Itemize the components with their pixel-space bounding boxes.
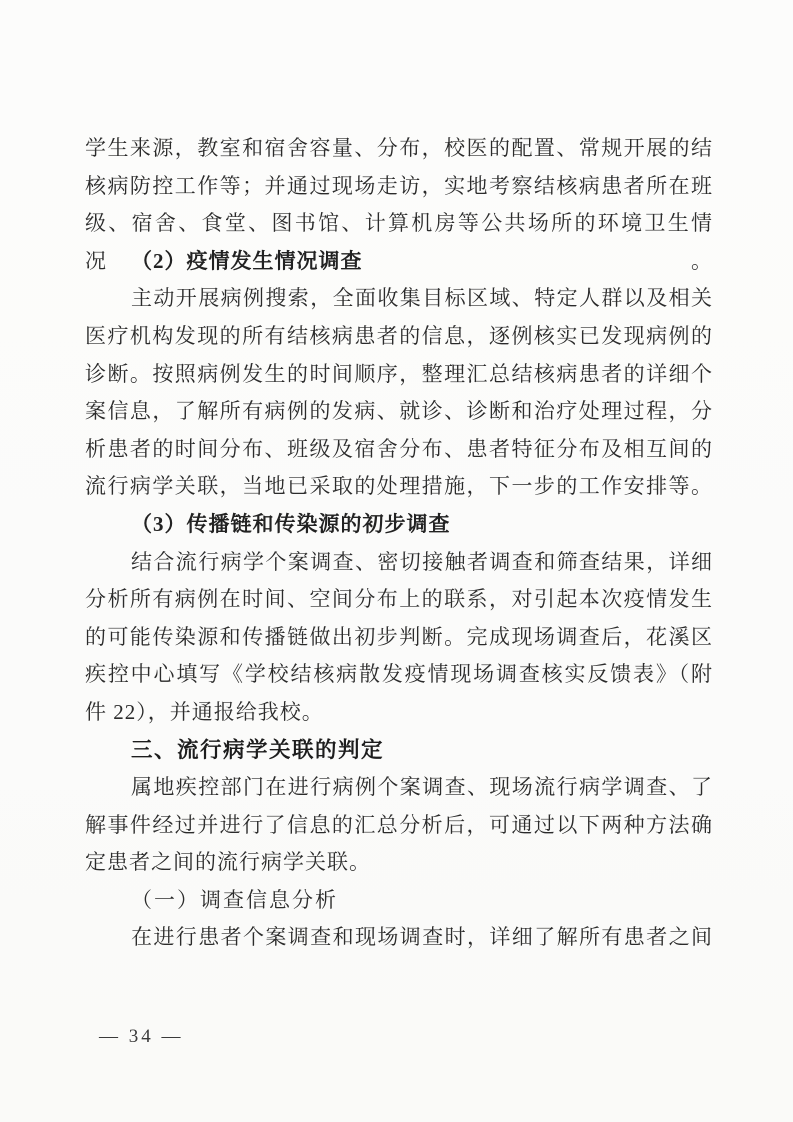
text-line: 流行病学关联，当地已采取的处理措施，下一步的工作安排等。 — [85, 468, 713, 506]
text-line: 结合流行病学个案调查、密切接触者调查和筛查结果，详细 — [85, 544, 713, 582]
text-line: 分析所有病例在时间、空间分布上的联系，对引起本次疫情发生 — [85, 581, 713, 619]
text-line: 诊断。按照病例发生的时间顺序，整理汇总结核病患者的详细个 — [85, 356, 713, 394]
chapter-heading-three: 三、流行病学关联的判定 — [85, 732, 713, 770]
text-line: 核病防控工作等；并通过现场走访，实地考察结核病患者所在班 — [85, 168, 713, 206]
text-line: 级、宿舍、食堂、图书馆、计算机房等公共场所的环境卫生情况。 — [85, 205, 713, 243]
text-line: 属地疾控部门在进行病例个案调查、现场流行病学调查、了 — [85, 769, 713, 807]
text-line: 的可能传染源和传播链做出初步判断。完成现场调查后，花溪区 — [85, 619, 713, 657]
text-line: 在进行患者个案调查和现场调查时，详细了解所有患者之间 — [85, 919, 713, 957]
text-line: 定患者之间的流行病学关联。 — [85, 844, 713, 882]
text-line: 主动开展病例搜索，全面收集目标区域、特定人群以及相关 — [85, 280, 713, 318]
text-line: 析患者的时间分布、班级及宿舍分布、患者特征分布及相互间的 — [85, 431, 713, 469]
subsection-heading-one: （一）调查信息分析 — [85, 882, 713, 920]
document-page: 学生来源，教室和宿舍容量、分布，校医的配置、常规开展的结 核病防控工作等；并通过… — [0, 0, 793, 1122]
text-line: 学生来源，教室和宿舍容量、分布，校医的配置、常规开展的结 — [85, 130, 713, 168]
text-line: 件 22），并通报给我校。 — [85, 694, 713, 732]
text-block: 学生来源，教室和宿舍容量、分布，校医的配置、常规开展的结 核病防控工作等；并通过… — [85, 130, 713, 957]
text-line: 解事件经过并进行了信息的汇总分析后，可通过以下两种方法确 — [85, 807, 713, 845]
text-line: 案信息，了解所有病例的发病、就诊、诊断和治疗处理过程，分 — [85, 393, 713, 431]
text-line: 医疗机构发现的所有结核病患者的信息，逐例核实已发现病例的 — [85, 318, 713, 356]
text-line: 疾控中心填写《学校结核病散发疫情现场调查核实反馈表》（附 — [85, 656, 713, 694]
section-heading-3: （3）传播链和传染源的初步调查 — [85, 506, 713, 544]
page-number: — 34 — — [99, 1026, 184, 1048]
